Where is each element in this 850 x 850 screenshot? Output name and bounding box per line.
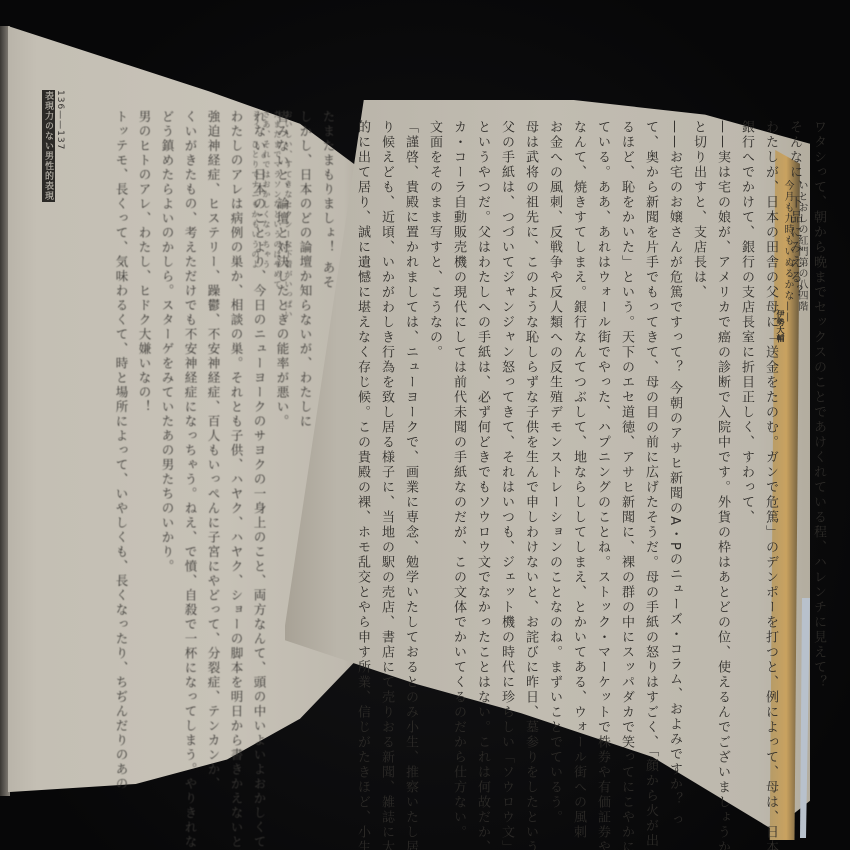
chapter-title: 表現力のない男性的表現 bbox=[42, 90, 55, 202]
text-line: 的に出て居り、誠に遺憾に堪えなく存じ候。この貴殿の裸、ホモ乱交とやら申す所業、信… bbox=[350, 120, 374, 660]
text-line: わたしのアレは病例の巣か、相談の巣。それとも子供、ハヤク、ハヤク、ショーの脚本を… bbox=[225, 110, 248, 550]
text-line: 皆みないと、論壇と対決したときの能率が悪い。 bbox=[271, 110, 294, 550]
text-line: しかし、日本のどの論壇か知らないが、わたしに bbox=[294, 110, 317, 550]
text-line: 文面をそのまま写すと、こうなの。 bbox=[422, 120, 446, 660]
text-line: カ・コーラ自動販売機の現代にしては前代未聞の手紙なのだが、この文体でかいてくるの… bbox=[446, 120, 470, 660]
text-line: ——お宅のお嬢さんが危篤ですって？ 今朝のアサヒ新聞のA・Pのニューズ・コラム、… bbox=[662, 120, 686, 660]
text-line: なんて、焼きすてしまえ。銀行なんてつぶして、地ならししてしまえ、とかいてある、ウ… bbox=[566, 120, 590, 660]
text-line: 父の手紙は、つづいてジャンジャン怒ってきて、それはいつも、ジェット機の時代に珍ら… bbox=[494, 120, 518, 660]
text-line: と切り出すと、支店長は、 bbox=[686, 120, 710, 660]
text-line: くいがきたもの、考えただけでも不安神経症になっちゃう。ねえ、で憤、自殺で一杯にな… bbox=[179, 110, 202, 550]
text-line: 男のヒトのアレ、わたし、ヒドク大嫌いなの！ bbox=[133, 110, 156, 550]
page-number: 136——137 bbox=[55, 90, 65, 182]
text-line: 銀行へでかけて、銀行の支店長室に折目正しく、すわって、 bbox=[734, 120, 758, 660]
text-line: 「謹啓、貴殿に置かれましては、ニューヨークで、画業に専念、勉学いたしておるとのみ… bbox=[398, 120, 422, 660]
text-line: ワタシって、朝から晩までセックスのことであけくれている程、ハレンチに見えて？ bbox=[806, 120, 830, 660]
text-line: トッテモ、長くって、気味わるくて、時と場所によって、いやしくも、長くなったり、ち… bbox=[110, 110, 133, 550]
text-line: て、奥から新聞を片手でもってきて、母の目の前に広げたそうだ。母の手紙の怒りはすご… bbox=[638, 120, 662, 660]
text-line: どう鎮めたらよいのかしら。スターゲをみていたあの男たちのいかり。 bbox=[156, 110, 179, 550]
text-line: というやつだ。父はわたしへの手紙は、必ず何どきでもソウロウ文でなかったことはない… bbox=[470, 120, 494, 660]
text-line: たまたまもりましょ！ あそ bbox=[317, 110, 340, 550]
text-line: り候えども、近頃、いかがわしき行為を致し居る様子に、当地の駅の売店、書店にて売り… bbox=[374, 120, 398, 660]
text-line: お金への風刺、反戦争や反人類への反生殖デモンストレーションのことなのね。まずいこ… bbox=[542, 120, 566, 660]
text-line: 強迫神経症、ヒステリー、躁鬱、不安神経症、百人もいっぺんに子宮にやどって、分裂症… bbox=[202, 110, 225, 550]
text-line: わたしが、日本の田舎の父母に「送金をたのむ。ガンで危篤」のデンポーを打つと、例に… bbox=[758, 120, 782, 660]
text-line: 母は武将の祖先に、このような恥しらずな子供を生んで申しわけないと、お詫びに昨日、… bbox=[518, 120, 542, 660]
text-line: ている。ああ、あれはウォール街でやった、ハプニングのことね。ストック・マーケット… bbox=[590, 120, 614, 660]
left-body-text: たまたまもりましょ！ あそ しかし、日本のどの論壇か知らないが、わたしに 皆みな… bbox=[110, 110, 340, 550]
text-line: そんなに、下品にみえる？ bbox=[782, 120, 806, 660]
left-running-header: 136——137 表現力のない男性的表現 bbox=[42, 90, 65, 202]
text-line: ——実は宅の娘が、アメリカで癌の診断で入院中です。外貨の枠はあとどの位、使えるん… bbox=[710, 120, 734, 660]
right-body-text: ワタシって、朝から晩までセックスのことであけくれている程、ハレンチに見えて？ そ… bbox=[350, 120, 830, 660]
text-line: れない。日本のことより、今日のニューヨークのサヨクの一身上のこと、両方なんて、頭… bbox=[248, 110, 271, 550]
text-line: るほど、恥をかいた」という。天下のエセ道徳、アサヒ新聞に、裸の群の中にスッパダカ… bbox=[614, 120, 638, 660]
